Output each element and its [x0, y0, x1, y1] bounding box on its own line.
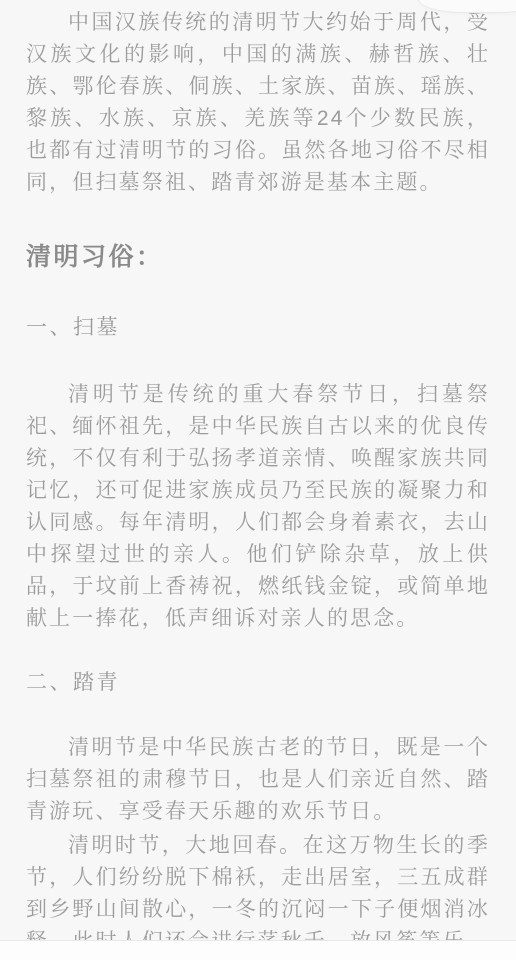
paragraph-spring-outing-1: 清明节是中华民族古老的节日，既是一个扫墓祭祖的肃穆节日，也是人们亲近自然、踏青游…: [26, 732, 490, 828]
text-line: 祀、缅怀祖先，是中华民族自古以来的优良传: [26, 411, 490, 443]
paragraph-tomb-sweeping: 清明节是传统的重大春祭节日，扫墓祭祀、缅怀祖先，是中华民族自古以来的优良传统，不…: [26, 379, 490, 635]
text-line: 也都有过清明节的习俗。虽然各地习俗不尽相: [26, 135, 490, 167]
text-line: 节，人们纷纷脱下棉袄，走出居室，三五成群: [26, 862, 490, 894]
text-line: 中国汉族传统的清明节大约始于周代，受: [26, 7, 490, 39]
subsection-title-tomb-sweeping: 一、扫墓: [26, 312, 490, 344]
text-line: 清明节是传统的重大春祭节日，扫墓祭: [26, 379, 490, 411]
text-line: 青游玩、享受春天乐趣的欢乐节日。: [26, 796, 490, 828]
text-line: 清明节是中华民族古老的节日，既是一个: [26, 732, 490, 764]
text-line: 黎族、水族、京族、羌族等24个少数民族，: [26, 103, 490, 135]
paragraph-spring-outing-2: 清明时节，大地回春。在这万物生长的季节，人们纷纷脱下棉袄，走出居室，三五成群到乡…: [26, 830, 490, 958]
text-line: 品，于坟前上香祷祝，燃纸钱金锭，或简单地: [26, 571, 490, 603]
bottom-toolbar[interactable]: [0, 940, 516, 960]
text-line: 同，但扫墓祭祖、踏青郊游是基本主题。: [26, 167, 490, 199]
text-line: 统，不仅有利于弘扬孝道亲情、唤醒家族共同: [26, 443, 490, 475]
text-line: 记忆，还可促进家族成员乃至民族的凝聚力和: [26, 475, 490, 507]
text-line: 扫墓祭祖的肃穆节日，也是人们亲近自然、踏: [26, 764, 490, 796]
text-line: 族、鄂伦春族、侗族、土家族、苗族、瑶族、: [26, 71, 490, 103]
section-heading-customs: 清明习俗：: [26, 240, 490, 274]
subsection-title-spring-outing: 二、踏青: [26, 667, 490, 699]
text-line: 中探望过世的亲人。他们铲除杂草，放上供: [26, 539, 490, 571]
text-line: 到乡野山间散心，一冬的沉闷一下子便烟消冰: [26, 894, 490, 926]
text-line: 认同感。每年清明，人们都会身着素衣，去山: [26, 507, 490, 539]
paragraph-intro: 中国汉族传统的清明节大约始于周代，受汉族文化的影响，中国的满族、赫哲族、壮族、鄂…: [26, 7, 490, 199]
text-line: 献上一捧花，低声细诉对亲人的思念。: [26, 603, 490, 635]
text-line: 清明时节，大地回春。在这万物生长的季: [26, 830, 490, 862]
text-line: 汉族文化的影响，中国的满族、赫哲族、壮: [26, 39, 490, 71]
article-scroll-area[interactable]: 中国汉族传统的清明节大约始于周代，受汉族文化的影响，中国的满族、赫哲族、壮族、鄂…: [0, 0, 516, 960]
